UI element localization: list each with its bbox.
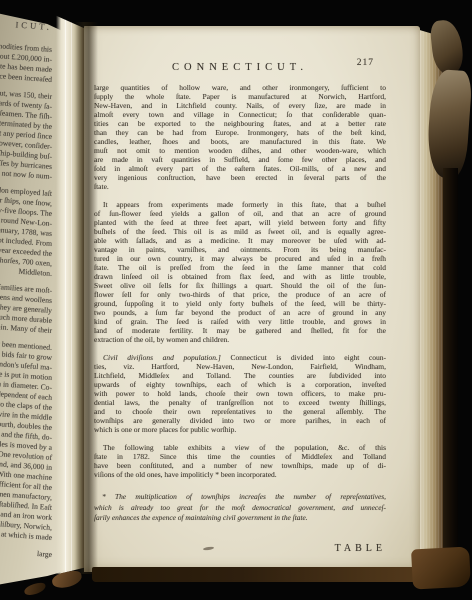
text-line: are made in vaſt quantities in Suffield,… xyxy=(94,155,386,164)
text-line: with power to hold lands, chooſe their o… xyxy=(94,389,386,398)
text-line: able with ſallads, and as a medicine. It… xyxy=(94,236,386,245)
gutter-shadow xyxy=(74,22,98,574)
text-line: vantage in paints, varniſhes, and ointme… xyxy=(94,245,386,254)
text-line: muſt not omit to mention wooden diſhes, … xyxy=(94,146,386,155)
text-line: New-Haven, and in Litchfield county. Nai… xyxy=(94,101,386,110)
text-line: land of moderate fertility. It may be ga… xyxy=(94,326,386,335)
text-line: dential laws, the penalty of tranſgreſſi… xyxy=(94,398,386,407)
text-line: upwards of eighty townſhips, each of whi… xyxy=(94,380,386,389)
book-photo: ICUT. duce and commodities from thistima… xyxy=(0,0,472,600)
text-line: ſtate in 1782. Since this time the count… xyxy=(94,452,386,461)
text-line: The following table exhibits a view of t… xyxy=(94,443,386,452)
right-page-content: CONNECTICUT. 217 large quantities of hol… xyxy=(94,26,386,572)
text-line: kind of grain. The ſeed is raiſed with v… xyxy=(94,317,386,326)
text-line: candles, leather, ſhoes and boots, are m… xyxy=(94,137,386,146)
text-line: flower ſell for only two-thirds of that … xyxy=(94,290,386,299)
section-heading: Civil diviſions and population.] xyxy=(103,353,230,362)
footnote-line: ſarily enhances the expence of maintaini… xyxy=(94,513,386,524)
text-line: of ſun-flower ſeed yields a gallon of oi… xyxy=(94,209,386,218)
footnote: * The multiplication of townſhips increa… xyxy=(94,492,386,524)
left-page-text: ICUT. duce and commodities from thistima… xyxy=(0,22,52,560)
text-line: have been conſtituted, and a number of n… xyxy=(94,461,386,470)
body-text: large quantities of hollow ware, and oth… xyxy=(94,83,386,479)
text-line: which is one or more places for public w… xyxy=(94,425,386,434)
text-line: almoſt every town and village in Connect… xyxy=(94,110,386,119)
page-header: CONNECTICUT. 217 xyxy=(94,57,386,70)
text-line: Civil diviſions and population.] Connect… xyxy=(94,353,386,362)
text-line: than they can be had from Europe. Ironmo… xyxy=(94,128,386,137)
footnote-line: which is already too great for the moſt … xyxy=(94,503,386,514)
text-line: buſhels of the ſeed. This oil is as mild… xyxy=(94,227,386,236)
paragraph: Civil diviſions and population.] Connect… xyxy=(94,353,386,434)
text-line: and to chooſe their own repreſentatives … xyxy=(94,407,386,416)
text-line: very ingenious conſtruction, have been e… xyxy=(94,173,386,182)
left-page-running-title: ICUT. xyxy=(0,11,52,32)
right-page: CONNECTICUT. 217 large quantities of hol… xyxy=(84,26,420,572)
text-line: tities can be exported to the neighbouri… xyxy=(94,119,386,128)
text-line: Litchfield, Middleſex and Tolland. The c… xyxy=(94,371,386,380)
leather-fragment-bottom-left-2 xyxy=(23,581,47,597)
text-line: It appears from experiments made formerl… xyxy=(94,200,386,209)
text-line: two pounds, a ſum far beyond the product… xyxy=(94,308,386,317)
text-line: extraction of the oil, by women and chil… xyxy=(94,335,386,344)
text-line: ties, viz. Hartford, New-Haven, New-Lond… xyxy=(94,362,386,371)
cover-edge-right xyxy=(443,168,458,570)
page-number: 217 xyxy=(357,58,374,68)
running-title: CONNECTICUT. xyxy=(172,62,308,73)
text-line: ſold in almoſt every part of the eaſtern… xyxy=(94,164,386,173)
text-line: ſupply the whole ſtate. Paper is manufac… xyxy=(94,92,386,101)
text-line: tured in our own country, it may always … xyxy=(94,254,386,263)
text-line: ſtate. xyxy=(94,182,386,191)
text-line: planted with the ſeed at three feet apar… xyxy=(94,218,386,227)
paragraph: The following table exhibits a view of t… xyxy=(94,443,386,479)
leather-corner-bottom-right xyxy=(411,547,471,590)
text-line: townſhips are generally divided into two… xyxy=(94,416,386,425)
text-line: large quantities of hollow ware, and oth… xyxy=(94,83,386,92)
text-line: ground, ſuppoſing it to yield only forty… xyxy=(94,299,386,308)
footnote-line: * The multiplication of townſhips increa… xyxy=(94,492,386,503)
text-line: ſtate. The oil is preſſed from the ſeed … xyxy=(94,263,386,272)
text-line: viſions of the old ones, have impoliticl… xyxy=(94,470,386,479)
text-line: drawn linſeed oil is obtained from flax … xyxy=(94,272,386,281)
paragraph: It appears from experiments made formerl… xyxy=(94,200,386,344)
paragraph: large quantities of hollow ware, and oth… xyxy=(94,83,386,191)
cover-edge-bottom xyxy=(92,567,466,582)
catchword: TABLE xyxy=(94,543,386,554)
text-line: Sweet olive oil ſells for ſix ſhillings … xyxy=(94,281,386,290)
